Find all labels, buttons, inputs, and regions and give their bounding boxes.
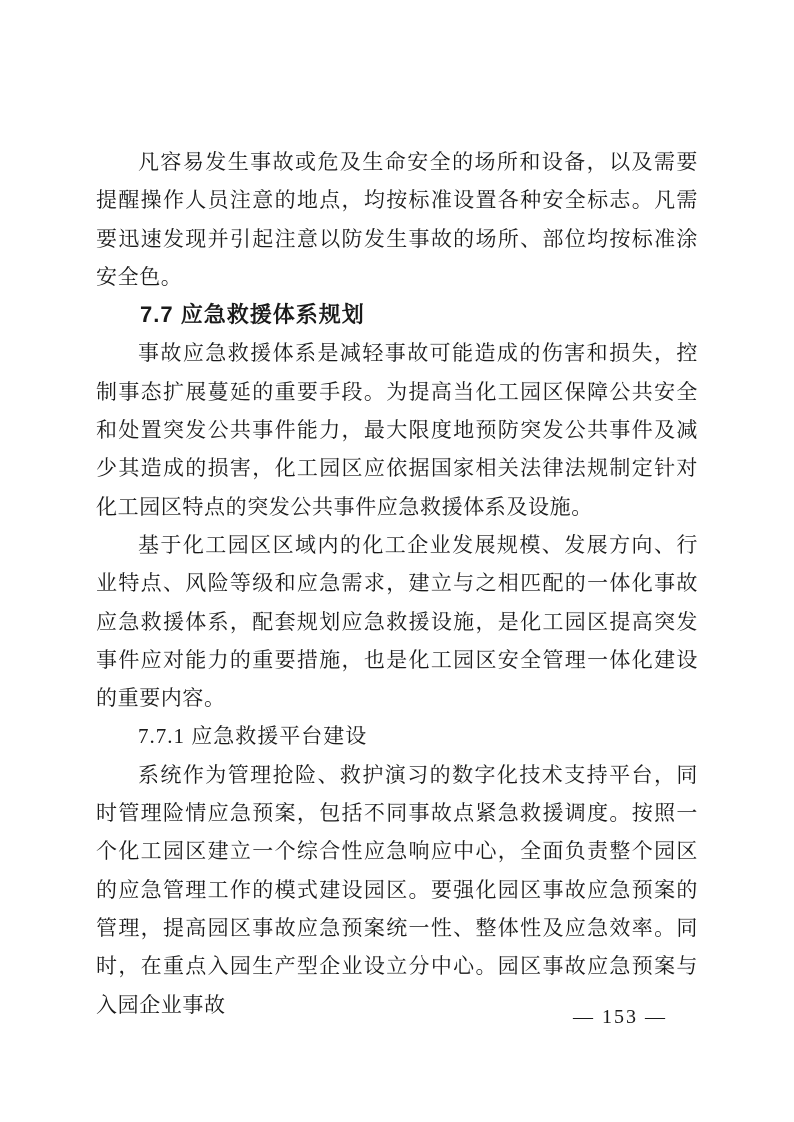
page-content: 凡容易发生事故或危及生命安全的场所和设备，以及需要提醒操作人员注意的地点，均按标… — [96, 143, 698, 1024]
document-page: 凡容易发生事故或危及生命安全的场所和设备，以及需要提醒操作人员注意的地点，均按标… — [0, 0, 794, 1122]
paragraph-rescue-platform: 系统作为管理抢险、救护演习的数字化技术支持平台，同时管理险情应急预案，包括不同事… — [96, 756, 698, 1024]
section-heading-7-7-1: 7.7.1 应急救援平台建设 — [96, 717, 698, 755]
section-heading-7-7: 7.7 应急救援体系规划 — [96, 296, 698, 334]
paragraph-safety-signs: 凡容易发生事故或危及生命安全的场所和设备，以及需要提醒操作人员注意的地点，均按标… — [96, 143, 698, 296]
page-number: — 153 — — [573, 1003, 667, 1031]
paragraph-rescue-system-intro: 事故应急救援体系是减轻事故可能造成的伤害和损失，控制事态扩展蔓延的重要手段。为提… — [96, 334, 698, 525]
paragraph-rescue-system-basis: 基于化工园区区域内的化工企业发展规模、发展方向、行业特点、风险等级和应急需求，建… — [96, 526, 698, 717]
